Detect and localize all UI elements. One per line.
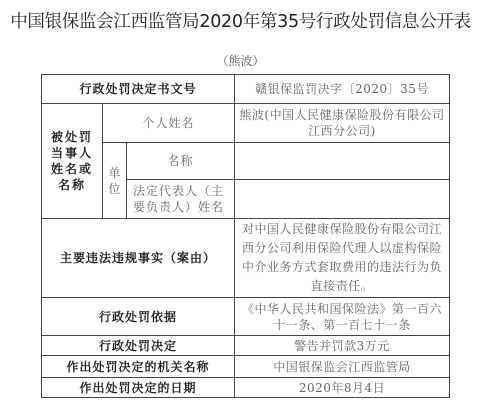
document-title: 中国银保监会江西监管局2020年第35号行政处罚信息公开表 [0,8,481,33]
authority-label: 作出处罚决定的机关名称 [42,356,235,378]
date-label: 作出处罚决定的日期 [42,378,235,398]
table-row-individual: 被处罚当事人姓名或名称 个人姓名 熊波(中国人民健康保险股份有限公司江西分公司) [42,104,450,143]
decision-no-value: 赣银保监罚决字〔2020〕35号 [235,75,450,104]
table-row-authority: 作出处罚决定的机关名称 中国银保监会江西监管局 [42,356,450,378]
basis-value: 《中华人民共和国保险法》第一百六十一条、第一百七十一条 [235,298,450,336]
decision-value: 警告并罚款3万元 [235,336,450,356]
legal-rep-value [235,180,450,219]
basis-label: 行政处罚依据 [42,298,235,336]
decision-no-label: 行政处罚决定书文号 [42,75,235,104]
table-row-decision: 行政处罚决定 警告并罚款3万元 [42,336,450,356]
table-row-decision-no: 行政处罚决定书文号 赣银保监罚决字〔2020〕35号 [42,75,450,104]
table-row-basis: 行政处罚依据 《中华人民共和国保险法》第一百六十一条、第一百七十一条 [42,298,450,336]
date-value: 2020年8月4日 [235,378,450,398]
unit-name-value [235,143,450,180]
table-row-unit-name: 单位 名称 [42,143,450,180]
penalty-info-table: 行政处罚决定书文号 赣银保监罚决字〔2020〕35号 被处罚当事人姓名或名称 个… [41,74,450,398]
table-row-facts: 主要违法违规事实（案由） 对中国人民健康保险股份有限公司江西分公司利用保险代理人… [42,219,450,298]
document-subtitle: （熊波） [0,52,481,69]
legal-rep-label: 法定代表人（主要负责人）姓名 [127,180,235,219]
party-group-label: 被处罚当事人姓名或名称 [42,104,103,219]
individual-label: 个人姓名 [103,104,235,143]
facts-value: 对中国人民健康保险股份有限公司江西分公司利用保险代理人以虚构保险中介业务方式套取… [235,219,450,298]
decision-label: 行政处罚决定 [42,336,235,356]
individual-value: 熊波(中国人民健康保险股份有限公司江西分公司) [235,104,450,143]
authority-value: 中国银保监会江西监管局 [235,356,450,378]
unit-name-label: 名称 [127,143,235,180]
facts-label: 主要违法违规事实（案由） [42,219,235,298]
table-row-date: 作出处罚决定的日期 2020年8月4日 [42,378,450,398]
unit-label: 单位 [103,143,127,219]
